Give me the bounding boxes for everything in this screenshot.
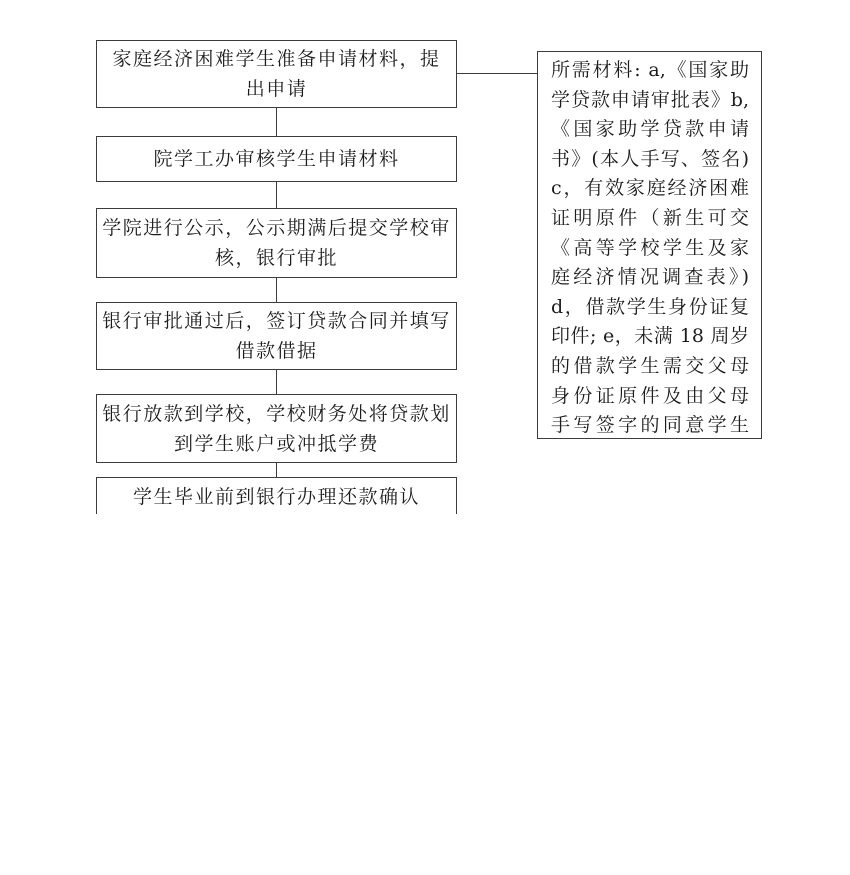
- text-line: 借款借据: [97, 336, 456, 366]
- flow-step-repayment-confirmation: 学生毕业前到银行办理还款确认: [96, 477, 457, 514]
- text-line: 出申请: [97, 74, 456, 104]
- text-line: 核，银行审批: [97, 243, 456, 273]
- connector-step2-step3: [276, 182, 277, 208]
- text-line: 《高等学校学生及家: [551, 234, 749, 264]
- flow-step-loan-disbursement: 银行放款到学校，学校财务处将贷款划到学生账户或冲抵学费: [96, 394, 457, 463]
- connector-step4-step5: [276, 370, 277, 394]
- flowchart-page: 家庭经济困难学生准备申请材料，提出申请 院学工办审核学生申请材料 学院进行公示，…: [0, 0, 850, 875]
- text-line: 学生毕业前到银行办理还款确认: [97, 482, 456, 512]
- text-line: 身份证原件及由父母: [551, 382, 749, 412]
- text-line: 的借款学生需交父母: [551, 352, 749, 382]
- text-line: 到学生账户或冲抵学费: [97, 429, 456, 459]
- text-line: 所需材料: a,《国家助: [551, 56, 749, 86]
- text-line: 庭经济情况调查表》): [551, 263, 749, 293]
- connector-step1-step2: [276, 108, 277, 136]
- text-line: 《国家助学贷款申请: [551, 115, 749, 145]
- text-line: c，有效家庭经济困难: [551, 174, 749, 204]
- connector-step5-step6: [276, 463, 277, 477]
- text-line: 印件; e，未满 18 周岁: [551, 322, 749, 352]
- text-line: 银行放款到学校，学校财务处将贷款划: [97, 399, 456, 429]
- text-line: 银行审批通过后，签订贷款合同并填写: [97, 306, 456, 336]
- text-line: 书》(本人手写、签名): [551, 145, 749, 175]
- text-line: 学院进行公示，公示期满后提交学校审: [97, 213, 456, 243]
- text-line: 证明原件（新生可交: [551, 204, 749, 234]
- flow-step-public-notice: 学院进行公示，公示期满后提交学校审核，银行审批: [96, 208, 457, 278]
- text-line: d，借款学生身份证复: [551, 293, 749, 323]
- text-line: 学贷款申请审批表》b,: [551, 86, 749, 116]
- materials-note-box: 所需材料: a,《国家助学贷款申请审批表》b,《国家助学贷款申请书》(本人手写、…: [537, 51, 762, 439]
- connector-step1-materials-note: [457, 73, 537, 74]
- flow-step-office-review: 院学工办审核学生申请材料: [96, 136, 457, 182]
- text-line: 家庭经济困难学生准备申请材料，提: [97, 44, 456, 74]
- flow-step-prepare-application: 家庭经济困难学生准备申请材料，提出申请: [96, 40, 457, 108]
- text-line: 手写签字的同意学生: [551, 411, 749, 441]
- text-line: 院学工办审核学生申请材料: [97, 144, 456, 174]
- flow-step-sign-contract: 银行审批通过后，签订贷款合同并填写借款借据: [96, 302, 457, 370]
- connector-step3-step4: [276, 278, 277, 302]
